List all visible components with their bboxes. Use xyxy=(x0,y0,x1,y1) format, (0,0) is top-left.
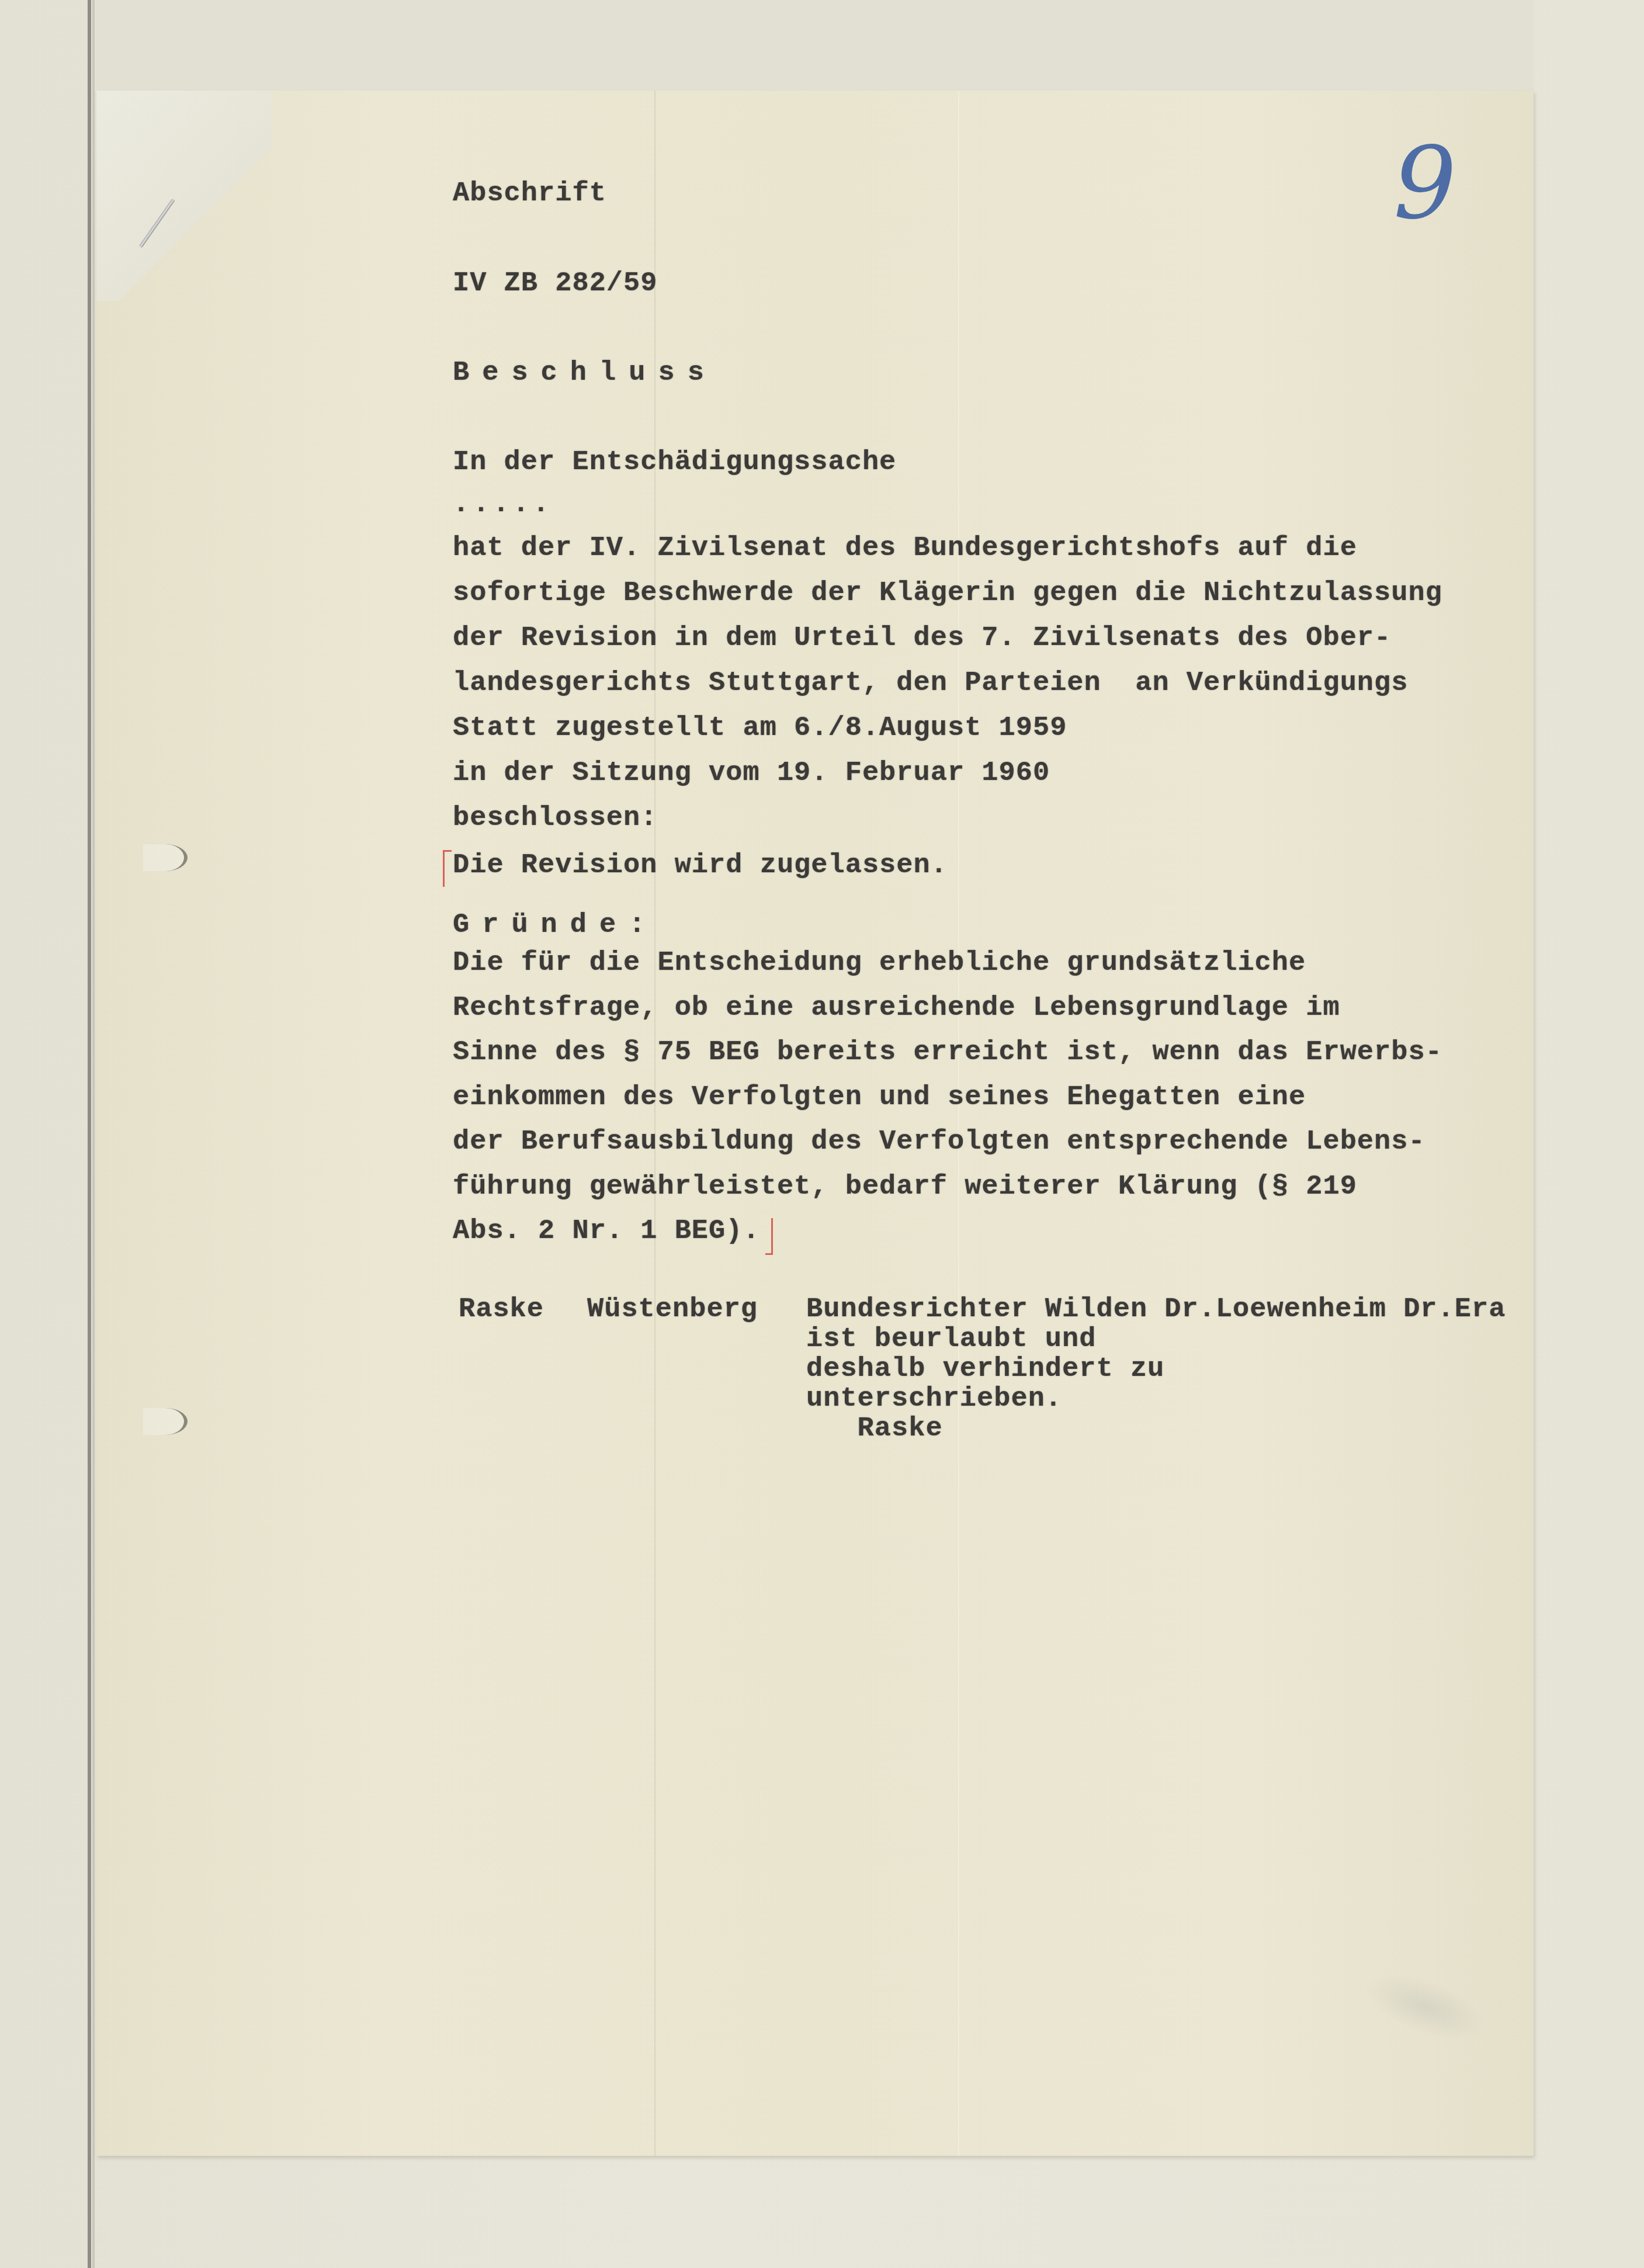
staple-icon xyxy=(137,175,202,251)
reasons-line: Sinne des § 75 BEG bereits erreicht ist,… xyxy=(453,1039,1442,1066)
signature-judge-2: Wüstenberg xyxy=(587,1296,758,1323)
intro-line: Statt zugestellt am 6./8.August 1959 xyxy=(453,715,1067,742)
folio-number: 9 xyxy=(1393,134,1428,245)
signature-block-line: ist beurlaubt und xyxy=(806,1326,1096,1353)
intro-line: in der Sitzung vom 19. Februar 1960 xyxy=(453,760,1050,787)
decision-title: Beschluss xyxy=(453,359,717,387)
reasons-heading: Gründe: xyxy=(453,911,658,939)
intro-line: der Revision in dem Urteil des 7. Zivils… xyxy=(453,625,1391,652)
red-bracket-mark xyxy=(765,1218,773,1255)
document-page xyxy=(96,91,1534,2156)
file-number: IV ZB 282/59 xyxy=(453,270,657,297)
binder-edge xyxy=(88,0,91,2268)
reasons-line: Abs. 2 Nr. 1 BEG). xyxy=(453,1218,760,1245)
reasons-line: Rechtsfrage, ob eine ausreichende Lebens… xyxy=(453,994,1340,1022)
intro-line: sofortige Beschwerde der Klägerin gegen … xyxy=(453,580,1442,607)
paper-crease xyxy=(654,91,655,2156)
signature-block-line: Raske xyxy=(806,1415,943,1442)
overlapping-sheet xyxy=(96,0,1534,92)
matter-line: In der Entschädigungssache xyxy=(453,449,896,476)
signature-block-line: unterschrieben. xyxy=(806,1385,1062,1413)
red-bracket-mark xyxy=(443,850,452,887)
ruling-text: Die Revision wird zugelassen. xyxy=(453,852,948,879)
punch-hole-icon xyxy=(143,844,188,871)
punch-hole-icon xyxy=(143,1408,188,1435)
signature-block-line: deshalb verhindert zu xyxy=(806,1355,1164,1383)
binder-edge-highlight xyxy=(92,0,95,2268)
intro-line: hat der IV. Zivilsenat des Bundesgericht… xyxy=(453,535,1357,562)
intro-line: beschlossen: xyxy=(453,804,657,832)
paper-crease xyxy=(958,91,959,2156)
reasons-line: einkommen des Verfolgten und seines Eheg… xyxy=(453,1084,1306,1111)
intro-line: landesgerichts Stuttgart, den Parteien a… xyxy=(453,670,1408,697)
elision-mark: ..... xyxy=(453,491,553,518)
reasons-line: führung gewährleistet, bedarf weiterer K… xyxy=(453,1173,1357,1201)
signature-block-line: Bundesrichter Wilden Dr.Loewenheim Dr.Er… xyxy=(806,1296,1506,1323)
signature-judge-1: Raske xyxy=(459,1296,544,1323)
reasons-line: Die für die Entscheidung erhebliche grun… xyxy=(453,949,1306,977)
copy-label: Abschrift xyxy=(453,180,606,207)
reasons-line: der Berufsausbildung des Verfolgten ents… xyxy=(453,1128,1426,1156)
